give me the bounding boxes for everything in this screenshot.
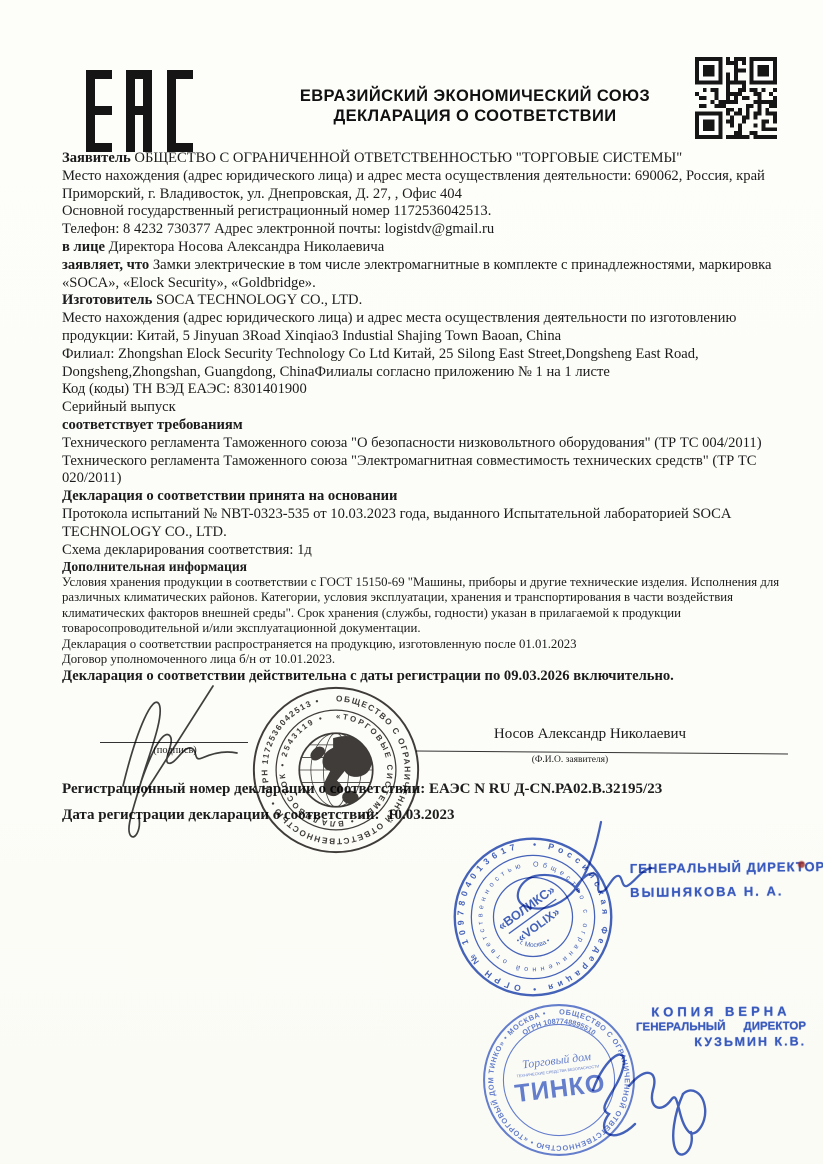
applicant-signature [95, 678, 270, 843]
red-ink-dot [798, 861, 805, 868]
serial-line: Серийный выпуск [62, 399, 788, 417]
additional-heading: Дополнительная информация [62, 559, 788, 575]
regulation2-line: Технического регламента Таможенного союз… [62, 453, 788, 489]
title-line2: ДЕКЛАРАЦИЯ О СООТВЕТСТВИИ [230, 106, 720, 126]
registration-number-value: ЕАЭС N RU Д-CN.РА02.В.32195/23 [429, 781, 662, 797]
additional-products: Декларация о соответствии распространяет… [62, 637, 788, 653]
document-title: ЕВРАЗИЙСКИЙ ЭКОНОМИЧЕСКИЙ СОЮЗ ДЕКЛАРАЦИ… [230, 86, 720, 126]
applicant-line: Заявитель ОБЩЕСТВО С ОГРАНИЧЕННОЙ ОТВЕТС… [62, 150, 788, 168]
name-line [416, 751, 788, 755]
tnved-line: Код (коды) ТН ВЭД ЕАЭС: 8301401900 [62, 381, 788, 399]
applicant-round-seal: ОБЩЕСТВО С ОГРАНИЧЕННОЙ ОТВЕТСТВЕННОСТЬЮ… [250, 684, 422, 856]
in-person-line: в лице Директора Носова Александра Никол… [62, 239, 788, 257]
declares-line: заявляет, что Замки электрические в том … [62, 257, 788, 293]
manufacturer-address: Место нахождения (адрес юридического лиц… [62, 310, 788, 346]
eac-logo-icon [86, 70, 194, 157]
scheme-line: Схема декларирования соответствия: 1д [62, 542, 788, 560]
globe-icon [299, 733, 372, 806]
director-name: ВЫШНЯКОВА Н. А. [630, 883, 823, 900]
branch-line: Филиал: Zhongshan Elock Security Technol… [62, 346, 788, 382]
director-title: ГЕНЕРАЛЬНЫЙ ДИРЕКТОР [630, 859, 823, 876]
manufacturer-line: Изготовитель SOCA TECHNOLOGY CO., LTD. [62, 292, 788, 310]
protocol-line: Протокола испытаний № NBT-0323-535 от 10… [62, 506, 788, 542]
general-director-stamp: ГЕНЕРАЛЬНЫЙ ДИРЕКТОР ВЫШНЯКОВА Н. А. [630, 859, 823, 900]
additional-storage: Условия хранения продукции в соответстви… [62, 575, 788, 637]
additional-contract: Договор уполномоченного лица б/н от 10.0… [62, 652, 788, 668]
regulation1-line: Технического регламента Таможенного союз… [62, 435, 788, 453]
phone-line: Телефон: 8 4232 730377 Адрес электронной… [62, 221, 788, 239]
basis-heading: Декларация о соответствии принята на осн… [62, 488, 788, 506]
applicant-name: Носов Александр Николаевич [430, 726, 750, 743]
document-body: Заявитель ОБЩЕСТВО С ОГРАНИЧЕННОЙ ОТВЕТС… [62, 150, 788, 686]
qr-code-icon [695, 57, 777, 139]
copy-verna-text: КОПИЯ ВЕРНА [636, 1003, 806, 1019]
ogrn-line: Основной государственный регистрационный… [62, 203, 788, 221]
name-caption: (Ф.И.О. заявителя) [470, 755, 670, 765]
kuzmin-signature [565, 1028, 740, 1163]
title-line1: ЕВРАЗИЙСКИЙ ЭКОНОМИЧЕСКИЙ СОЮЗ [230, 86, 720, 106]
applicant-address: Место нахождения (адрес юридического лиц… [62, 168, 788, 204]
complies-heading: соответствует требованиям [62, 417, 788, 435]
declaration-document: ЕВРАЗИЙСКИЙ ЭКОНОМИЧЕСКИЙ СОЮЗ ДЕКЛАРАЦИ… [0, 0, 823, 1164]
